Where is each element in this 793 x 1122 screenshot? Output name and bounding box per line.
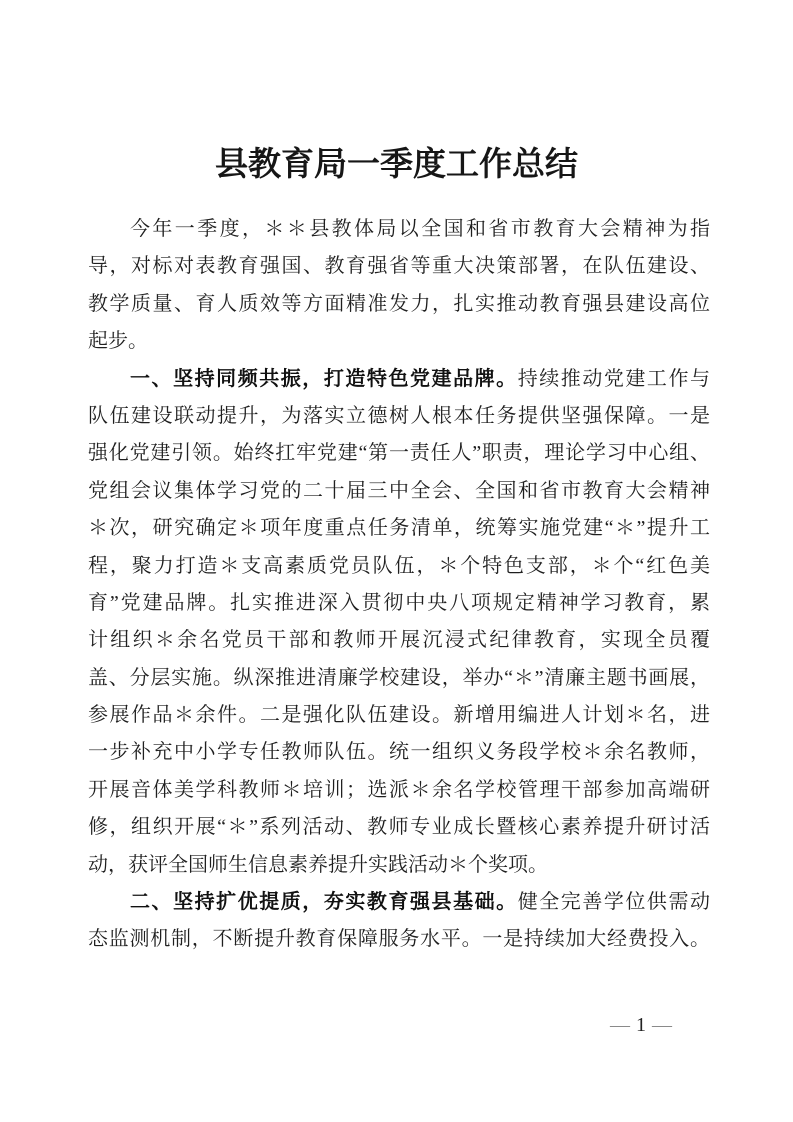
body-text: 起步。 [88,330,148,352]
text-line: 计组织＊余名党员干部和教师开展沉浸式纪律教育，实现全员覆 [88,622,710,659]
body-text: 程，聚力打造＊支高素质党员队伍，＊个特色支部，＊个“红色美 [88,555,710,577]
page-number-dash-right: — [646,1014,678,1036]
text-line: 盖、分层实施。纵深推进清廉学校建设，举办“＊”清廉主题书画展， [88,660,710,697]
body-text: 党组会议集体学习党的二十届三中全会、全国和省市教育大会精神 [88,480,710,502]
body-text: ＊次，研究确定＊项年度重点任务清单，统筹实施党建“＊”提升工 [88,517,710,539]
body-text: 育”党建品牌。扎实推进深入贯彻中央八项规定精神学习教育，累 [88,592,710,614]
text-line: 二、坚持扩优提质，夯实教育强县基础。健全完善学位供需动 [88,884,710,921]
text-line: 态监测机制，不断提升教育保障服务水平。一是持续加大经费投入。 [88,921,710,958]
text-line: 参展作品＊余件。二是强化队伍建设。新增用编进人计划＊名，进 [88,697,710,734]
text-line: 一步补充中小学专任教师队伍。统一组织义务段学校＊余名教师， [88,734,710,771]
text-line: 程，聚力打造＊支高素质党员队伍，＊个特色支部，＊个“红色美 [88,548,710,585]
page-number-value: 1 [636,1014,646,1036]
text-line: 起步。 [88,323,710,360]
body-text: 健全完善学位供需动 [518,891,710,913]
text-line: 动，获评全国师生信息素养提升实践活动＊个奖项。 [88,847,710,884]
text-line: 强化党建引领。始终扛牢党建“第一责任人”职责，理论学习中心组、 [88,435,710,472]
document-body: 今年一季度，＊＊县教体局以全国和省市教育大会精神为指导，对标对表教育强国、教育强… [88,211,710,959]
text-line: 教学质量、育人质效等方面精准发力，扎实推动教育强县建设高位 [88,286,710,323]
text-line: 开展音体美学科教师＊培训；选派＊余名学校管理干部参加高端研 [88,772,710,809]
text-line: ＊次，研究确定＊项年度重点任务清单，统筹实施党建“＊”提升工 [88,510,710,547]
text-line: 一、坚持同频共振，打造特色党建品牌。持续推动党建工作与 [88,361,710,398]
body-text: 动，获评全国师生信息素养提升实践活动＊个奖项。 [88,854,548,876]
body-text: 强化党建引领。始终扛牢党建“第一责任人”职责，理论学习中心组、 [88,442,710,464]
body-text: 修，组织开展“＊”系列活动、教师专业成长暨核心素养提升研讨活 [88,816,710,838]
text-line: 育”党建品牌。扎实推进深入贯彻中央八项规定精神学习教育，累 [88,585,710,622]
body-text: 参展作品＊余件。二是强化队伍建设。新增用编进人计划＊名，进 [88,704,710,726]
body-text: 队伍建设联动提升，为落实立德树人根本任务提供坚强保障。一是 [88,405,710,427]
body-text: 盖、分层实施。纵深推进清廉学校建设，举办“＊”清廉主题书画展， [88,667,710,689]
body-text: 开展音体美学科教师＊培训；选派＊余名学校管理干部参加高端研 [88,779,710,801]
body-text: 持续推动党建工作与 [518,368,710,390]
body-text: 导，对标对表教育强国、教育强省等重大决策部署，在队伍建设、 [88,255,710,277]
text-line: 党组会议集体学习党的二十届三中全会、全国和省市教育大会精神 [88,473,710,510]
body-text: 态监测机制，不断提升教育保障服务水平。一是持续加大经费投入。 [88,928,710,950]
body-text: 今年一季度，＊＊县教体局以全国和省市教育大会精神为指 [130,218,710,240]
body-text: 教学质量、育人质效等方面精准发力，扎实推动教育强县建设高位 [88,293,710,315]
text-line: 修，组织开展“＊”系列活动、教师专业成长暨核心素养提升研讨活 [88,809,710,846]
section-heading-text: 二、坚持扩优提质，夯实教育强县基础。 [130,891,518,913]
body-text: 计组织＊余名党员干部和教师开展沉浸式纪律教育，实现全员覆 [88,629,710,651]
text-line: 今年一季度，＊＊县教体局以全国和省市教育大会精神为指 [88,211,710,248]
page-number: —1— [561,1010,721,1040]
document-page: 县教育局一季度工作总结 今年一季度，＊＊县教体局以全国和省市教育大会精神为指导，… [0,0,793,1122]
document-title: 县教育局一季度工作总结 [0,142,793,188]
text-line: 导，对标对表教育强国、教育强省等重大决策部署，在队伍建设、 [88,248,710,285]
text-line: 队伍建设联动提升，为落实立德树人根本任务提供坚强保障。一是 [88,398,710,435]
page-number-dash-left: — [604,1014,636,1036]
section-heading-text: 一、坚持同频共振，打造特色党建品牌。 [130,368,518,390]
body-text: 一步补充中小学专任教师队伍。统一组织义务段学校＊余名教师， [88,741,710,763]
